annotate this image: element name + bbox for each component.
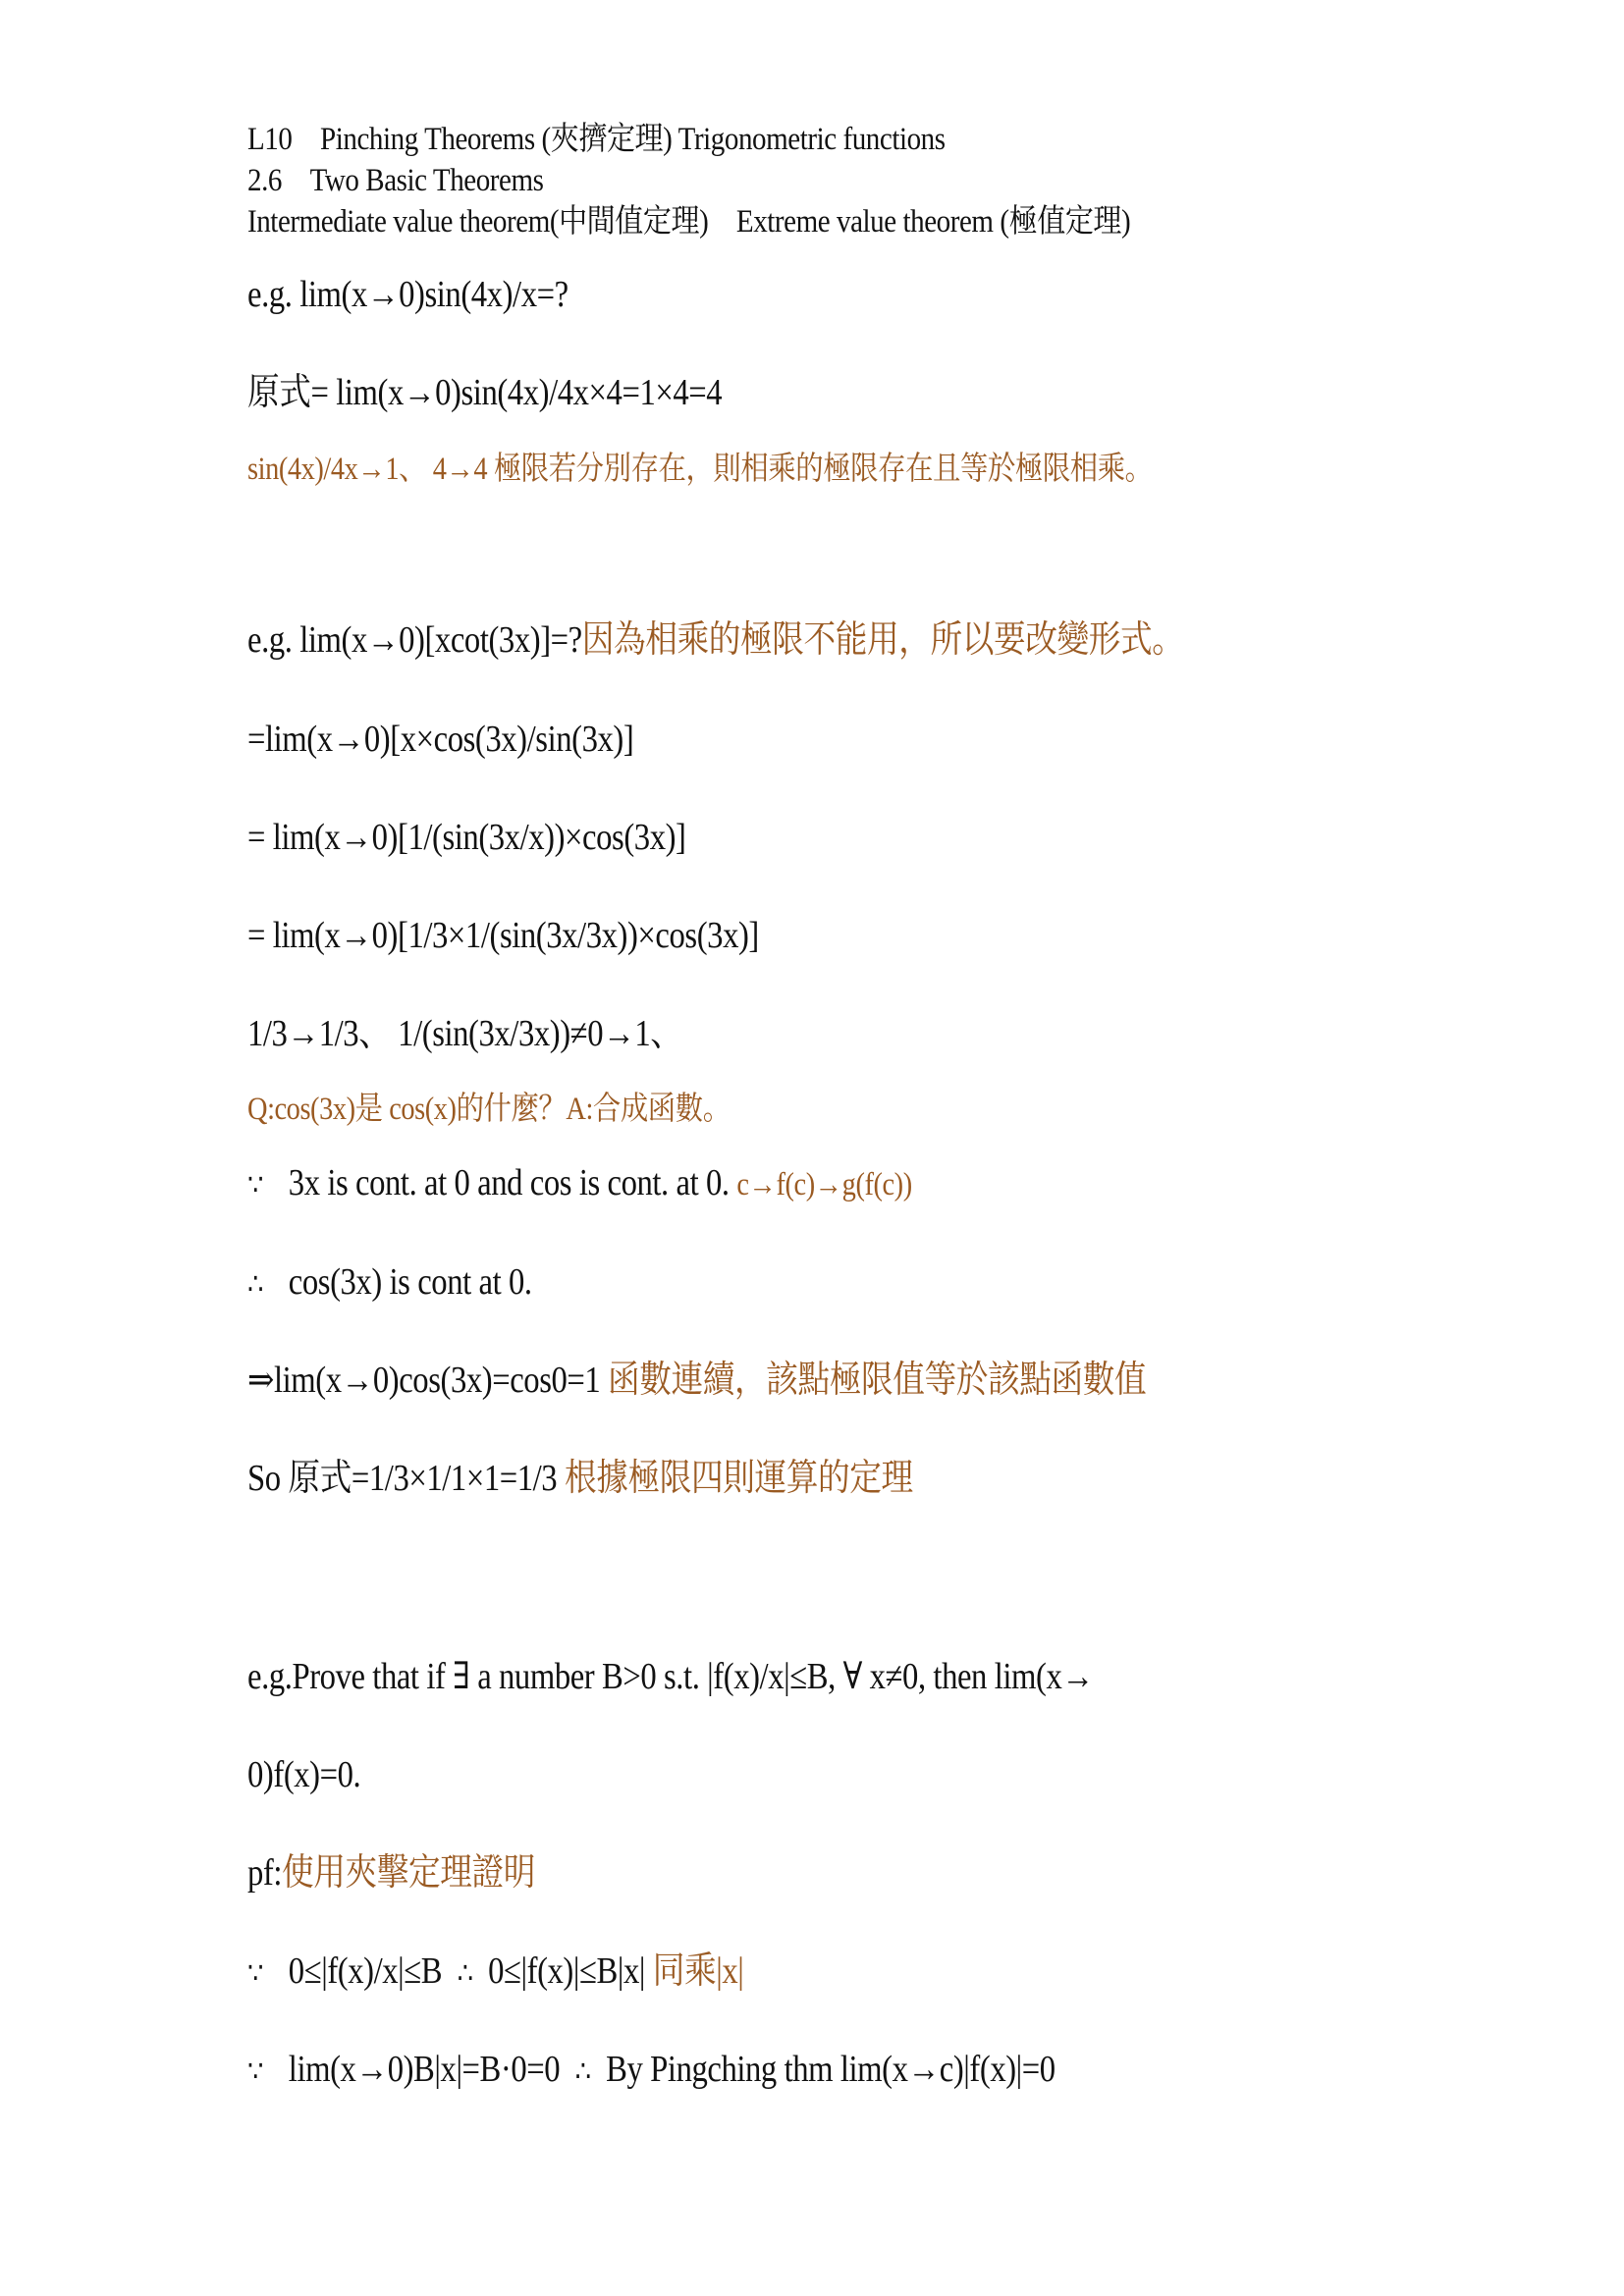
example3-statement-line2: 0)f(x)=0. [247, 1753, 360, 1796]
example2-step2: = lim(x→0)[1/(sin(3x/x))×cos(3x)] [247, 816, 686, 859]
proof-line: pf:使用夾擊定理證明 [247, 1851, 535, 1895]
proof-step2-text: lim(x→0)B|x|=B·0=0 [289, 2049, 560, 2090]
because-symbol: ∵ [247, 1956, 263, 1991]
example2-step3: = lim(x→0)[1/3×1/(sin(3x/3x))×cos(3x)] [247, 914, 759, 957]
proof-step1: ∵0≤|f(x)/x|≤B ∴ 0≤|f(x)|≤B|x| 同乘|x| [247, 1949, 743, 1996]
therefore-symbol: ∴ [247, 1267, 263, 1302]
proof-step2: ∵lim(x→0)B|x|=B·0=0 ∴ By Pingching thm l… [247, 2048, 1056, 2094]
example1-solution: 原式= lim(x→0)sin(4x)/4x×4=1×4=4 [247, 371, 722, 414]
proof-step1-text2: 0≤|f(x)|≤B|x| [488, 1950, 645, 1992]
example2-question-note: 因為相乘的極限不能用，所以要改變形式。 [582, 619, 1184, 661]
because-symbol: ∵ [247, 2055, 263, 2089]
therefore-text: cos(3x) is cont at 0. [289, 1261, 532, 1303]
proof-note: 使用夾擊定理證明 [282, 1852, 535, 1894]
example1-note: sin(4x)/4x→1、 4→4 極限若分別存在，則相乘的極限存在且等於極限相… [247, 448, 1153, 491]
example2-step1: =lim(x→0)[x×cos(3x)/sin(3x)] [247, 718, 633, 761]
conclusion-note: 根據極限四則運算的定理 [565, 1458, 913, 1499]
section-title: 2.6 Two Basic Theorems [247, 161, 543, 200]
lecture-title: L10 Pinching Theorems (夾擠定理) Trigonometr… [247, 120, 946, 159]
proof-step1-text: 0≤|f(x)/x|≤B [289, 1950, 442, 1992]
proof-label: pf: [247, 1852, 282, 1894]
example2-question-line: e.g. lim(x→0)[xcot(3x)]=?因為相乘的極限不能用，所以要改… [247, 618, 1183, 662]
therefore-symbol: ∴ [458, 1956, 473, 1991]
document-page: L10 Pinching Theorems (夾擠定理) Trigonometr… [0, 0, 1624, 2296]
because-line: ∵3x is cont. at 0 and cos is cont. at 0.… [247, 1161, 912, 1207]
proof-step2-text2: By Pingching thm lim(x→c)|f(x)|=0 [606, 2049, 1056, 2090]
conclusion-text: So 原式=1/3×1/1×1=1/3 [247, 1458, 557, 1499]
therefore-line: ∴cos(3x) is cont at 0. [247, 1260, 532, 1307]
because-symbol: ∵ [247, 1168, 263, 1202]
proof-step1-note: 同乘|x| [653, 1950, 744, 1992]
example3-statement-line1: e.g.Prove that if ∃ a number B>0 s.t. |f… [247, 1655, 1094, 1698]
theorems-line: Intermediate value theorem(中間值定理) Extrem… [247, 202, 1130, 241]
example2-step4: 1/3→1/3、 1/(sin(3x/3x))≠0→1、 [247, 1012, 682, 1055]
because-note: c→f(c)→g(f(c)) [736, 1167, 911, 1202]
implies-note: 函數連續，該點極限值等於該點函數值 [608, 1360, 1146, 1401]
example2-qa-note: Q:cos(3x)是 cos(x)的什麼？A:合成函數。 [247, 1088, 731, 1131]
example2-question: e.g. lim(x→0)[xcot(3x)]=? [247, 619, 582, 661]
implies-text: ⇒lim(x→0)cos(3x)=cos0=1 [247, 1360, 600, 1401]
implies-line: ⇒lim(x→0)cos(3x)=cos0=1 函數連續，該點極限值等於該點函數… [247, 1359, 1146, 1402]
example1-question: e.g. lim(x→0)sin(4x)/x=? [247, 273, 568, 316]
therefore-symbol: ∴ [575, 2055, 591, 2089]
conclusion-line: So 原式=1/3×1/1×1=1/3 根據極限四則運算的定理 [247, 1457, 913, 1500]
because-text: 3x is cont. at 0 and cos is cont. at 0. [289, 1162, 730, 1203]
